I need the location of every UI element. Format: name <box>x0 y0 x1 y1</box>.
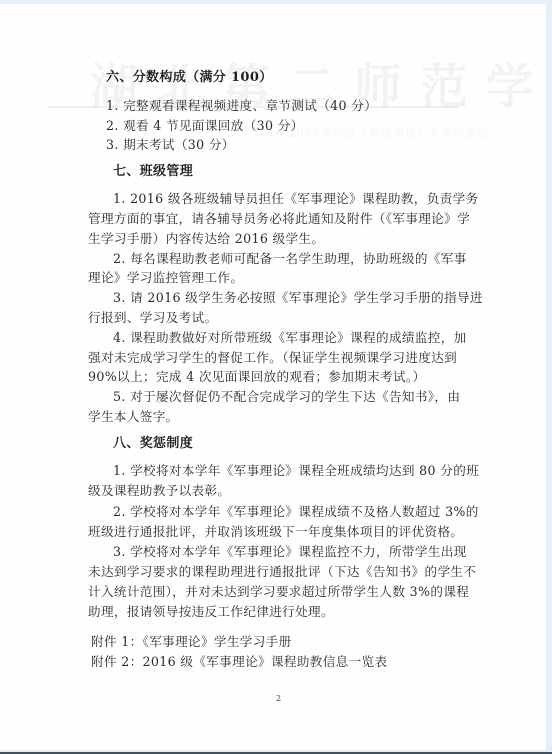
score-item: 3. 期末考试（30 分） <box>106 137 235 153</box>
paragraph-line: 4. 课程助教做好对所带班级《军事理论》课程的成绩监控，加 <box>113 330 467 346</box>
score-item: 2. 观看 4 节见面课回放（30 分） <box>106 118 304 134</box>
paragraph-line: 理论》学习监控管理工作。 <box>88 270 243 286</box>
paragraph-line: 行报到、学习及考试。 <box>88 310 217 326</box>
score-item: 1. 完整观看课程视频进度、章节测试（40 分） <box>106 98 377 114</box>
paragraph-line: 未达到学习要求的课程助理进行通报批评（下达《告知书》的学生不 <box>88 564 476 580</box>
paragraph-line: 3. 学校将对本学年《军事理论》课程监控不力，所带学生出现 <box>113 544 467 560</box>
attachment-item: 附件 2：2016 级《军事理论》课程助教信息一览表 <box>91 654 387 670</box>
page-number: 2 <box>276 694 281 703</box>
paragraph-line: 3. 请 2016 级学生务必按照《军事理论》学生学习手册的指导进 <box>113 290 483 306</box>
paragraph-line: 5. 对于屡次督促仍不配合完成学习的学生下达《告知书》，由 <box>113 389 460 405</box>
paragraph-line: 强对未完成学习学生的督促工作。（保证学生视频课学习进度达到 <box>88 350 457 366</box>
paragraph-line: 学生本人签字。 <box>88 409 179 425</box>
paragraph-line: 管理方面的事宜，请各辅导员务必将此通知及附件（《军事理论》学 <box>88 211 470 227</box>
section-six-heading: 六、分数构成（满分 100） <box>106 70 273 86</box>
paragraph-line: 级及课程助教予以表彰。 <box>88 483 230 499</box>
paragraph-line: 计入统计范围），并对未达到学习要求超过所带学生人数 3%的课程 <box>88 584 469 600</box>
paragraph-line: 2. 每名课程助教老师可配备一名学生助理，协助班级的《军事 <box>113 251 467 267</box>
document-page: 湖北第二师范学院 关于2016-2017学年度《军事理论》开课的通知 六、分数构… <box>0 4 546 750</box>
paragraph-line: 1. 学校将对本学年《军事理论》课程全班成绩均达到 80 分的班 <box>113 463 479 479</box>
paragraph-line: 生学习手册）内容传达给 2016 级学生。 <box>88 231 324 247</box>
paragraph-line: 2. 学校将对本学年《军事理论》课程成绩不及格人数超过 3%的 <box>113 504 479 520</box>
paragraph-line: 班级进行通报批评，并取消该班级下一年度集体项目的评优资格。 <box>88 524 463 540</box>
paragraph-line: 90%以上；完成 4 次见面课回放的观看；参加期末考试。） <box>88 369 426 385</box>
paragraph-line: 助理，报请领导按违反工作纪律进行处理。 <box>88 604 334 620</box>
attachment-item: 附件 1：《军事理论》学生学习手册 <box>91 634 292 650</box>
paragraph-line: 1. 2016 级各班级辅导员担任《军事理论》课程助教，负责学务 <box>113 191 479 207</box>
section-eight-heading: 八、奖惩制度 <box>113 436 193 452</box>
section-seven-heading: 七、班级管理 <box>113 164 193 180</box>
